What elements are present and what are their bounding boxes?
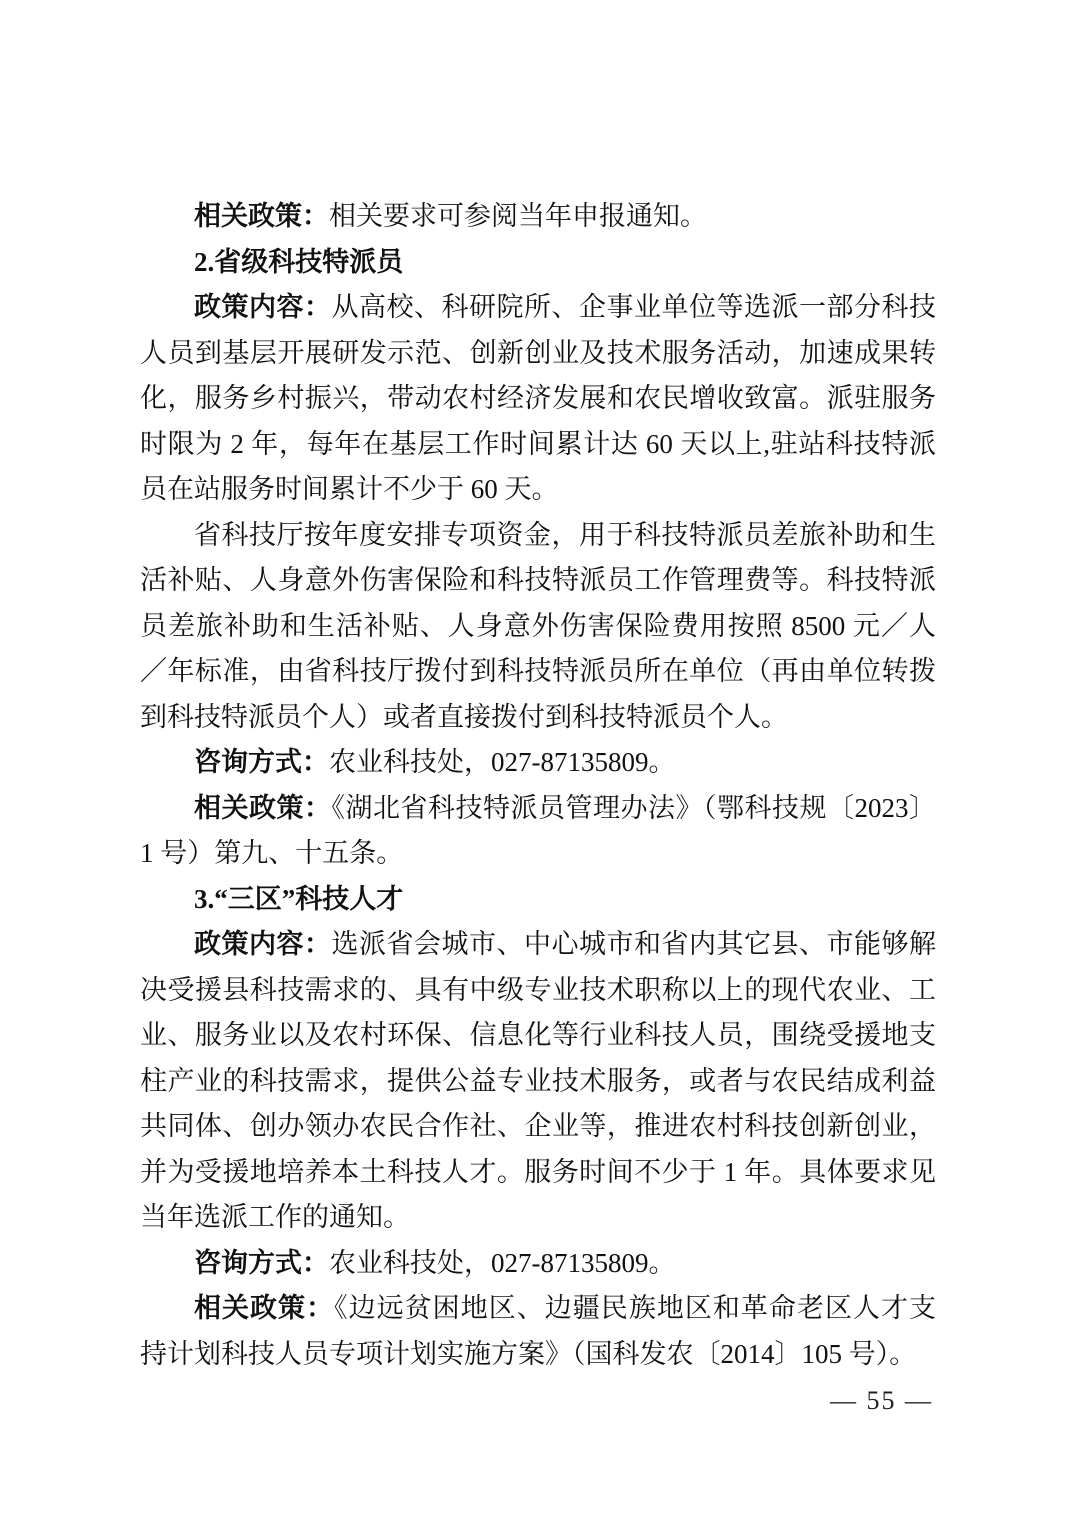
section-heading-three-zones-talent: 3.“三区”科技人才 — [140, 877, 936, 923]
paragraph-text-related-policy-1: 相关要求可参阅当年申报通知。 — [329, 201, 707, 231]
document-page: 相关政策：相关要求可参阅当年申报通知。 2.省级科技特派员 政策内容：从高校、科… — [0, 0, 1074, 1520]
paragraph-contact-2: 咨询方式：农业科技处，027-87135809。 — [140, 740, 936, 786]
page-number: — 55 — — [830, 1386, 933, 1416]
paragraph-text-funding-2: 省科技厅按年度安排专项资金，用于科技特派员差旅补助和生活补贴、人身意外伤害保险和… — [140, 520, 936, 732]
paragraph-funding-2: 省科技厅按年度安排专项资金，用于科技特派员差旅补助和生活补贴、人身意外伤害保险和… — [140, 513, 936, 741]
paragraph-text-contact-3: 农业科技处，027-87135809。 — [329, 1248, 676, 1278]
paragraph-text-policy-content-3: 选派省会城市、中心城市和省内其它县、市能够解决受援县科技需求的、具有中级专业技术… — [140, 929, 936, 1232]
paragraph-text-policy-content-2: 从高校、科研院所、企事业单位等选派一部分科技人员到基层开展研发示范、创新创业及技… — [140, 292, 936, 504]
paragraph-label-contact-3: 咨询方式： — [194, 1248, 329, 1278]
paragraph-label-contact-2: 咨询方式： — [194, 747, 329, 777]
paragraph-label-policy-content-2: 政策内容： — [194, 292, 332, 322]
paragraph-text-contact-2: 农业科技处，027-87135809。 — [329, 747, 676, 777]
paragraph-label-related-policy-2: 相关政策： — [194, 793, 332, 823]
paragraph-related-policy-2: 相关政策：《湖北省科技特派员管理办法》（鄂科技规〔2023〕1 号）第九、十五条… — [140, 786, 936, 877]
paragraph-related-policy-3: 相关政策：《边远贫困地区、边疆民族地区和革命老区人才支持计划科技人员专项计划实施… — [140, 1286, 936, 1377]
paragraph-contact-3: 咨询方式：农业科技处，027-87135809。 — [140, 1241, 936, 1287]
document-content: 相关政策：相关要求可参阅当年申报通知。 2.省级科技特派员 政策内容：从高校、科… — [140, 194, 936, 1377]
paragraph-label-related-policy-3: 相关政策： — [194, 1293, 334, 1323]
paragraph-label-policy-content-3: 政策内容： — [194, 929, 332, 959]
paragraph-label-related-policy-1: 相关政策： — [194, 201, 329, 231]
paragraph-policy-content-2: 政策内容：从高校、科研院所、企事业单位等选派一部分科技人员到基层开展研发示范、创… — [140, 285, 936, 513]
paragraph-policy-content-3: 政策内容：选派省会城市、中心城市和省内其它县、市能够解决受援县科技需求的、具有中… — [140, 922, 936, 1241]
paragraph-related-policy-1: 相关政策：相关要求可参阅当年申报通知。 — [140, 194, 936, 240]
section-heading-provincial-tech-commissioner: 2.省级科技特派员 — [140, 240, 936, 286]
